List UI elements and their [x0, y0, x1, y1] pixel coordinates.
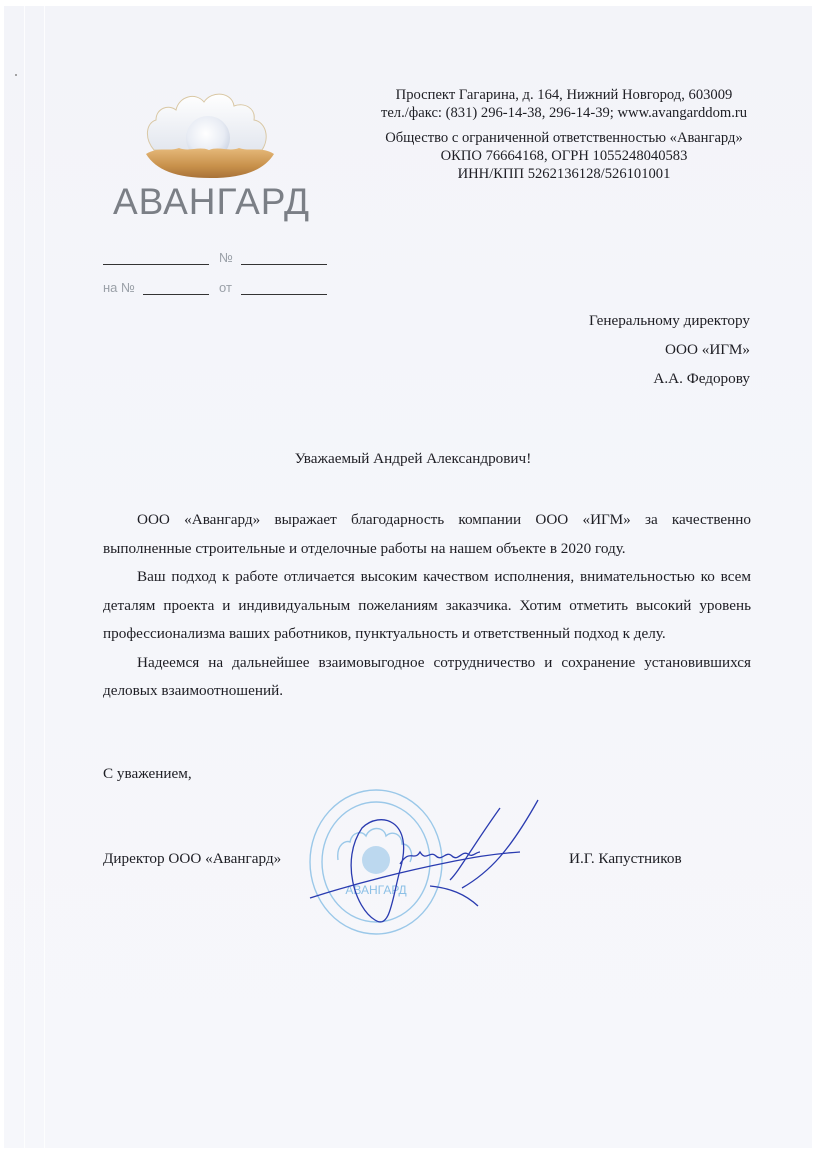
- paragraph: ООО «Авангард» выражает благодарность ко…: [103, 506, 751, 563]
- signer-name: И.Г. Капустников: [569, 850, 682, 868]
- from-label: от: [219, 280, 232, 295]
- closing: С уважением,: [103, 765, 192, 783]
- handwritten-signature: [300, 790, 550, 950]
- signer-title: Директор ООО «Авангард»: [103, 850, 281, 868]
- address-line: Проспект Гагарина, д. 164, Нижний Новгор…: [354, 86, 774, 104]
- inn-kpp: ИНН/КПП 5262136128/526101001: [354, 165, 774, 183]
- pearl-shell-icon: [124, 78, 299, 183]
- brand-name: АВАНГАРД: [104, 181, 319, 223]
- paragraph: Ваш подход к работе отличается высоким к…: [103, 563, 751, 649]
- reply-to-row: на № от: [103, 280, 343, 310]
- contact-line: тел./факс: (831) 296-14-38, 296-14-39; w…: [354, 104, 774, 122]
- registration-fields: № на № от: [103, 250, 343, 310]
- company-full-name: Общество с ограниченной ответственностью…: [354, 129, 774, 147]
- addressee-company: ООО «ИГМ»: [589, 335, 750, 364]
- addressee-block: Генеральному директору ООО «ИГМ» А.А. Фе…: [589, 306, 750, 393]
- okpo-ogrn: ОКПО 76664168, ОГРН 1055248040583: [354, 147, 774, 165]
- scan-speck: [15, 74, 17, 76]
- addressee-position: Генеральному директору: [589, 306, 750, 335]
- letter-body: ООО «Авангард» выражает благодарность ко…: [103, 506, 751, 706]
- outgoing-number-row: №: [103, 250, 343, 280]
- letterhead-info: Проспект Гагарина, д. 164, Нижний Новгор…: [354, 86, 774, 183]
- salutation: Уважаемый Андрей Александрович!: [0, 450, 826, 468]
- company-logo: АВАНГАРД: [104, 78, 319, 223]
- number-label: №: [219, 250, 233, 265]
- addressee-name: А.А. Федорову: [589, 364, 750, 393]
- date-blank: [103, 264, 209, 265]
- number-blank: [241, 264, 327, 265]
- reply-date-blank: [241, 294, 327, 295]
- reply-to-label: на №: [103, 280, 135, 295]
- paragraph: Надеемся на дальнейшее взаимовыгодное со…: [103, 649, 751, 706]
- reply-number-blank: [143, 294, 209, 295]
